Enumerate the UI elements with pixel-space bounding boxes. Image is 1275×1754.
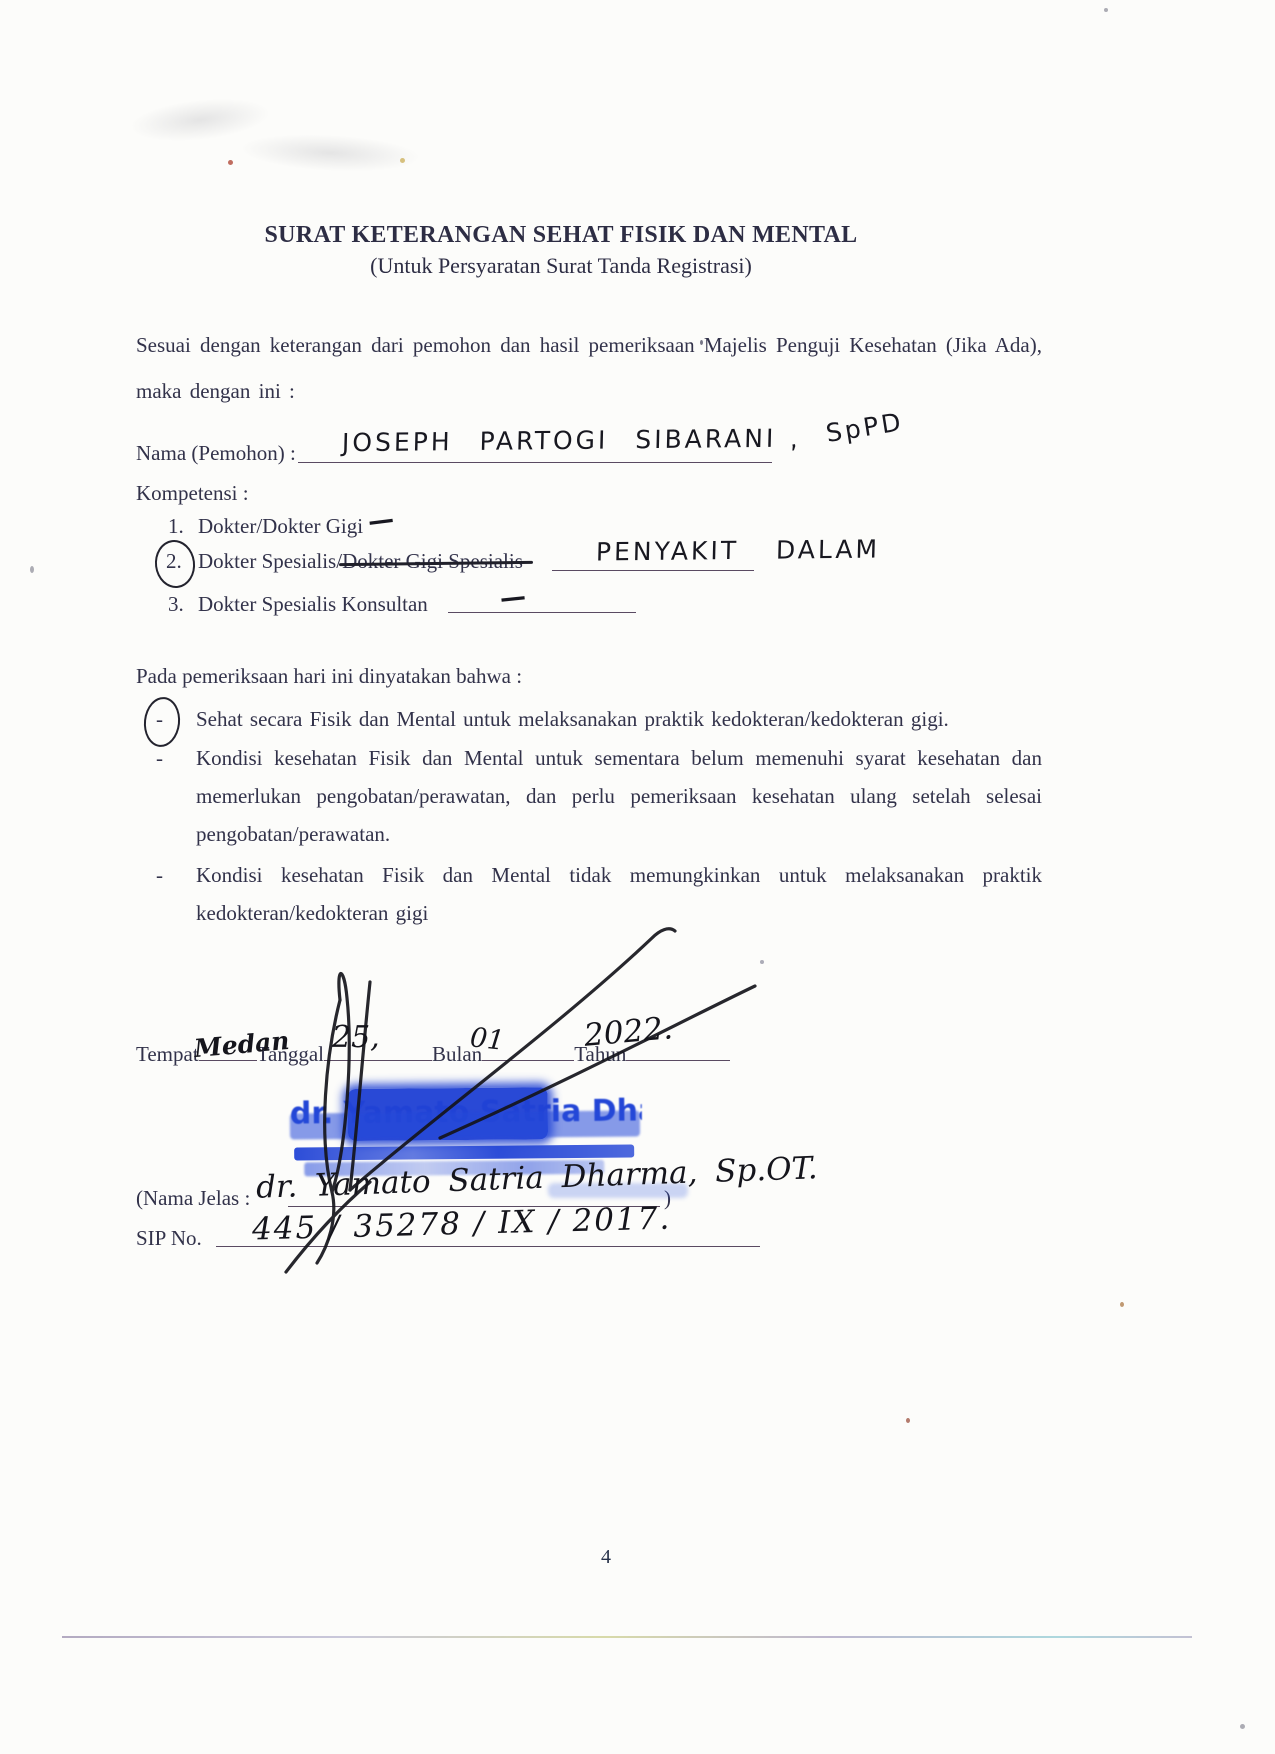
kompetensi-item2-handwritten: PENYAKIT DALAM <box>596 535 881 567</box>
statement2-line2: memerlukan pengobatan/perawatan, dan per… <box>196 777 1042 815</box>
scan-artifact-line <box>62 1636 1192 1638</box>
statement3-line1: Kondisi kesehatan Fisik dan Mental tidak… <box>196 856 1042 894</box>
statement-heading: Pada pemeriksaan hari ini dinyatakan bah… <box>136 664 522 689</box>
intro-paragraph: Sesuai dengan keterangan dari pemohon da… <box>136 322 1042 414</box>
scan-speck <box>906 1418 910 1423</box>
kompetensi-item1-text: Dokter/Dokter Gigi <box>198 514 363 539</box>
kompetensi-item3-handwritten-dash: — <box>499 582 528 615</box>
statement2-line1: Kondisi kesehatan Fisik dan Mental untuk… <box>196 739 1042 777</box>
scan-speck <box>1240 1724 1245 1729</box>
kompetensi-item1-number: 1. <box>168 514 184 539</box>
intro-line-1: Sesuai dengan keterangan dari pemohon da… <box>136 322 1042 368</box>
scan-speck <box>1120 1302 1124 1307</box>
statement-list: - Sehat secara Fisik dan Mental untuk me… <box>136 700 1042 932</box>
kompetensi-item2-text: Dokter Spesialis/Dokter Gigi Spesialis <box>198 549 523 574</box>
statement-healthy: - Sehat secara Fisik dan Mental untuk me… <box>136 700 1042 738</box>
kompetensi-item3-number: 3. <box>168 592 184 617</box>
intro-line-2: maka dengan ini : <box>136 368 1042 414</box>
statement3-line2: kedokteran/kedokteran gigi <box>196 894 1042 932</box>
applicant-name-label: Nama (Pemohon) : <box>136 441 296 466</box>
statement3-marker: - <box>156 856 163 894</box>
tahun-handwritten: 2022. <box>583 1010 675 1054</box>
statement-unfit: - Kondisi kesehatan Fisik dan Mental tid… <box>136 856 1042 932</box>
bulan-handwritten: 01 <box>468 1022 505 1056</box>
kompetensi-item2-number: 2. <box>166 549 182 574</box>
scanned-document-page: SURAT KETERANGAN SEHAT FISIK DAN MENTAL … <box>0 0 1275 1754</box>
scan-speck <box>228 160 233 165</box>
applicant-title-handwritten: , SpPD <box>786 407 905 454</box>
scan-speck <box>760 960 764 964</box>
item2-text-struck: Dokter Gigi Spesialis <box>342 549 523 573</box>
scan-speck <box>1104 8 1108 12</box>
tempat-label: Tempat <box>136 1042 199 1066</box>
tanggal-handwritten: 25, <box>332 1020 380 1055</box>
scan-speck <box>400 158 405 163</box>
statement1-marker: - <box>156 700 163 738</box>
document-title: SURAT KETERANGAN SEHAT FISIK DAN MENTAL <box>136 222 986 249</box>
scan-smudge <box>239 130 421 175</box>
applicant-name-handwritten: JOSEPH PARTOGI SIBARANI <box>342 424 777 458</box>
kompetensi-item3-line <box>448 592 636 613</box>
kompetensi-item3-text: Dokter Spesialis Konsultan <box>198 592 428 617</box>
stamp-ink-blob <box>290 1110 640 1139</box>
scan-speck <box>30 566 34 573</box>
statement-temporary-unfit: - Kondisi kesehatan Fisik dan Mental unt… <box>136 739 1042 853</box>
sip-label: SIP No. <box>136 1226 202 1251</box>
statement2-marker: - <box>156 739 163 777</box>
nama-jelas-label: (Nama Jelas : <box>136 1186 250 1211</box>
document-subtitle: (Untuk Persyaratan Surat Tanda Registras… <box>136 253 986 279</box>
statement2-line3: pengobatan/perawatan. <box>196 815 1042 853</box>
kompetensi-label: Kompetensi : <box>136 481 249 506</box>
kompetensi-item1-handwritten-dash: — <box>366 505 395 538</box>
page-number: 4 <box>586 1546 626 1569</box>
statement1-text: Sehat secara Fisik dan Mental untuk mela… <box>196 700 1042 738</box>
item2-text-kept: Dokter Spesialis/ <box>198 549 342 573</box>
